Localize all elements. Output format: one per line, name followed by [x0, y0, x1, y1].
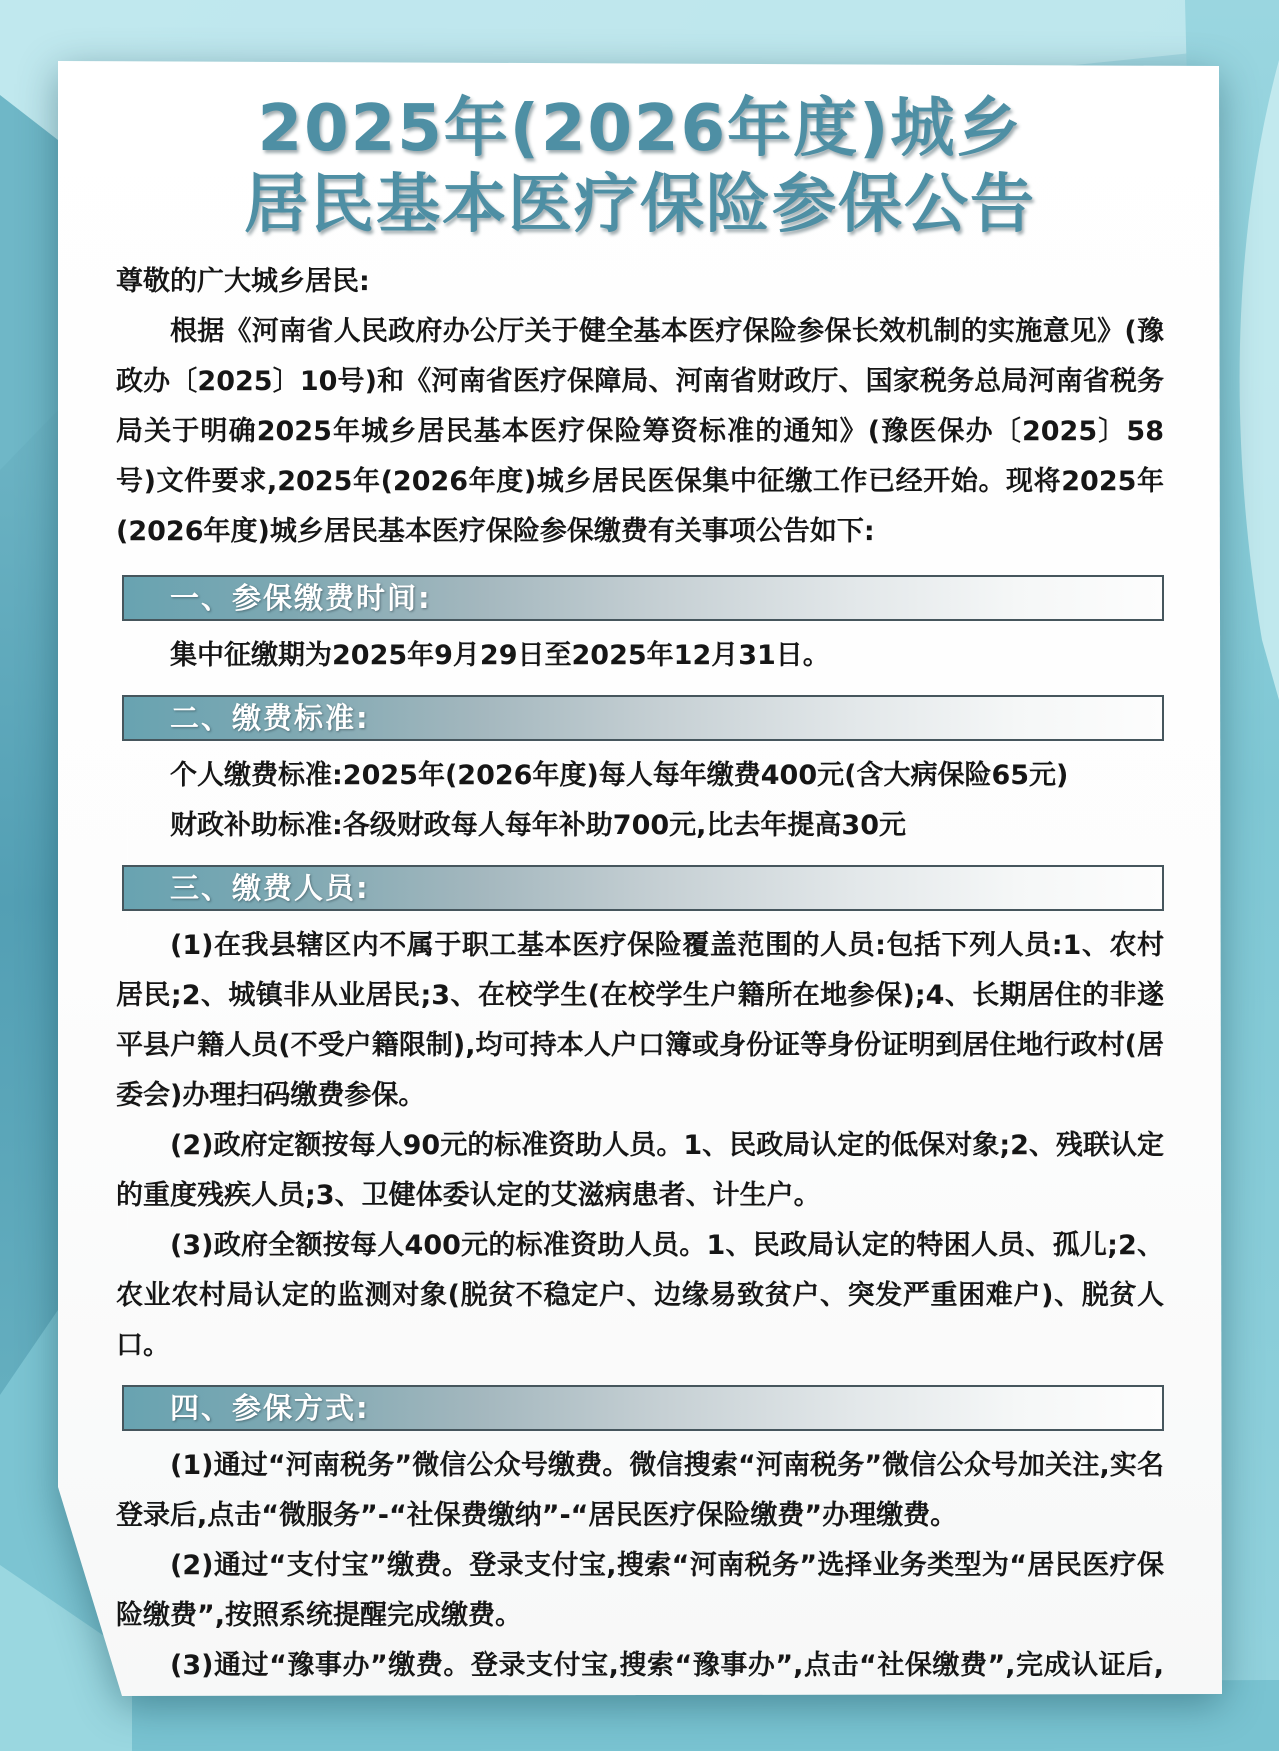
announcement-body: 尊敬的广大城乡居民: 根据《河南省人民政府办公厅关于健全基本医疗保险参保长效机制… [116, 257, 1164, 1741]
page-title: 2025年(2026年度)城乡 居民基本医疗保险参保公告 [116, 91, 1164, 243]
section-3-paragraph: (3)政府全额按每人400元的标准资助人员。1、民政局认定的特困人员、孤儿;2、… [116, 1221, 1164, 1371]
section-heading-2-label: 二、缴费标准: [170, 693, 370, 743]
section-heading-4: 四、参保方式: [122, 1385, 1164, 1431]
section-heading-3-label: 三、缴费人员: [170, 863, 370, 913]
section-2-paragraph: 财政补助标准:各级财政每人每年补助700元,比去年提高30元 [116, 801, 1164, 851]
section-heading-1: 一、参保缴费时间: [122, 575, 1164, 621]
section-3-paragraph: (2)政府定额按每人90元的标准资助人员。1、民政局认定的低保对象;2、残联认定… [116, 1121, 1164, 1221]
section-4-body: (1)通过“河南税务”微信公众号缴费。微信搜索“河南税务”微信公众号加关注,实名… [116, 1441, 1164, 1741]
section-heading-2: 二、缴费标准: [122, 695, 1164, 741]
section-heading-3: 三、缴费人员: [122, 865, 1164, 911]
section-2-paragraph: 个人缴费标准:2025年(2026年度)每人每年缴费400元(含大病保险65元) [116, 751, 1164, 801]
section-3-paragraph: (1)在我县辖区内不属于职工基本医疗保险覆盖范围的人员:包括下列人员:1、农村居… [116, 921, 1164, 1121]
title-line-1: 2025年(2026年度)城乡 [258, 92, 1023, 166]
section-4-paragraph: (1)通过“河南税务”微信公众号缴费。微信搜索“河南税务”微信公众号加关注,实名… [116, 1441, 1164, 1541]
section-heading-4-label: 四、参保方式: [170, 1383, 370, 1433]
title-line-2: 居民基本医疗保险参保公告 [244, 168, 1036, 242]
section-1-body: 集中征缴期为2025年9月29日至2025年12月31日。 [116, 631, 1164, 681]
intro-paragraph: 根据《河南省人民政府办公厅关于健全基本医疗保险参保长效机制的实施意见》(豫政办〔… [116, 307, 1164, 557]
salutation: 尊敬的广大城乡居民: [116, 257, 1164, 307]
section-2-body: 个人缴费标准:2025年(2026年度)每人每年缴费400元(含大病保险65元)… [116, 751, 1164, 851]
section-4-paragraph: (2)通过“支付宝”缴费。登录支付宝,搜索“河南税务”选择业务类型为“居民医疗保… [116, 1541, 1164, 1641]
section-heading-1-label: 一、参保缴费时间: [170, 573, 432, 623]
section-3-body: (1)在我县辖区内不属于职工基本医疗保险覆盖范围的人员:包括下列人员:1、农村居… [116, 921, 1164, 1371]
poster-photo: 2025年(2026年度)城乡 居民基本医疗保险参保公告 尊敬的广大城乡居民: … [0, 0, 1279, 1751]
announcement-paper: 2025年(2026年度)城乡 居民基本医疗保险参保公告 尊敬的广大城乡居民: … [56, 57, 1222, 1697]
section-1-paragraph: 集中征缴期为2025年9月29日至2025年12月31日。 [116, 631, 1164, 681]
